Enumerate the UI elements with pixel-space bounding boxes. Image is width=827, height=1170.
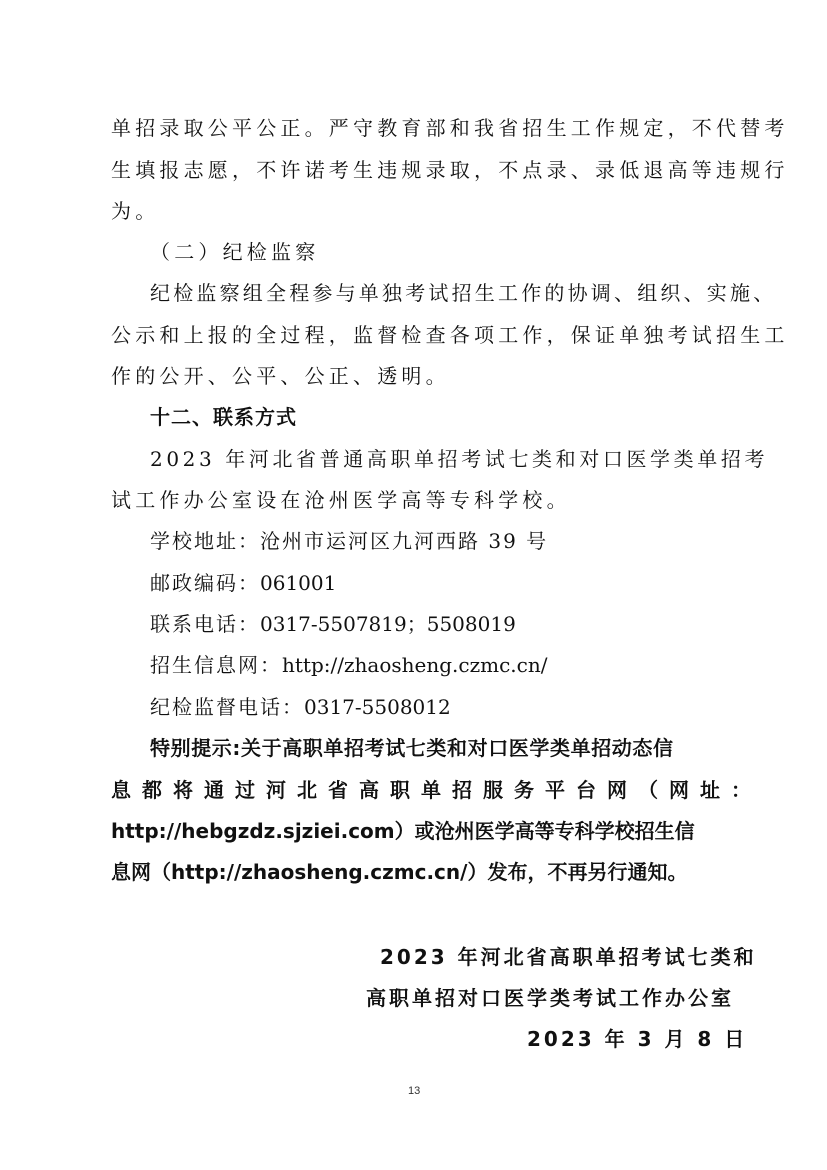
paragraph-line: 生填报志愿，不许诺考生违规录取，不点录、录低退高等违规行 (111, 158, 723, 182)
subsection-heading: （二）纪检监察 (150, 240, 762, 264)
signature-organization-line1: 2023 年河北省高职单招考试七类和 (380, 945, 757, 969)
special-notice-line: 息都将通过河北省高职单招服务平台网（网址： (111, 778, 723, 802)
contact-address: 学校地址：沧州市运河区九河西路 39 号 (150, 529, 762, 553)
paragraph-line: 作的公开、公平、公正、透明。 (111, 364, 723, 388)
special-notice-line: http://hebgzdz.sjziei.com）或沧州医学高等专科学校招生信 (111, 819, 723, 843)
contact-value: 0317-5508012 (304, 695, 451, 719)
paragraph-line: 纪检监察组全程参与单独考试招生工作的协调、组织、实施、 (150, 281, 762, 305)
contact-label: 邮政编码： (150, 571, 260, 595)
paragraph-line: 试工作办公室设在沧州医学高等专科学校。 (111, 488, 723, 512)
page-number: 13 (408, 1085, 420, 1097)
signature-organization-line2: 高职单招对口医学类考试工作办公室 (366, 986, 734, 1010)
contact-value: 0317-5507819；5508019 (260, 612, 516, 636)
paragraph-line: 2023 年河北省普通高职单招考试七类和对口医学类单招考 (150, 447, 762, 471)
contact-supervision-phone: 纪检监督电话：0317-5508012 (150, 695, 762, 719)
contact-postcode: 邮政编码：061001 (150, 571, 762, 595)
paragraph-line: 单招录取公平公正。严守教育部和我省招生工作规定，不代替考 (111, 116, 723, 140)
contact-label: 招生信息网： (150, 653, 282, 677)
contact-value: 沧州市运河区九河西路 39 号 (260, 529, 548, 553)
section-heading: 十二、联系方式 (150, 405, 762, 429)
special-notice-line: 特别提示:关于高职单招考试七类和对口医学类单招动态信 (150, 736, 762, 760)
contact-phone: 联系电话：0317-5507819；5508019 (150, 612, 762, 636)
paragraph-line: 公示和上报的全过程，监督检查各项工作，保证单独考试招生工 (111, 323, 723, 347)
signature-date: 2023 年 3 月 8 日 (527, 1027, 747, 1051)
contact-label: 纪检监督电话： (150, 695, 304, 719)
document-page: 单招录取公平公正。严守教育部和我省招生工作规定，不代替考 生填报志愿，不许诺考生… (0, 0, 827, 1170)
contact-value: 061001 (260, 571, 336, 595)
contact-website: 招生信息网：http://zhaosheng.czmc.cn/ (150, 653, 762, 677)
special-notice-line: 息网（http://zhaosheng.czmc.cn/）发布，不再另行通知。 (111, 860, 723, 884)
paragraph-line: 为。 (111, 199, 723, 223)
contact-label: 联系电话： (150, 612, 260, 636)
contact-website-link[interactable]: http://zhaosheng.czmc.cn/ (282, 653, 547, 677)
contact-label: 学校地址： (150, 529, 260, 553)
